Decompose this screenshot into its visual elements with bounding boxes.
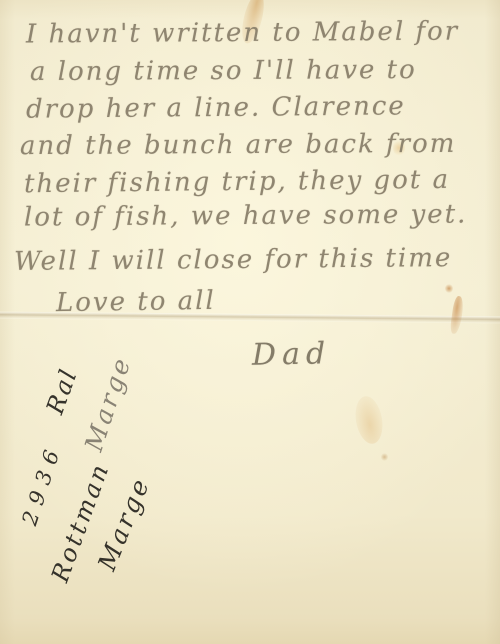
vertical-note-marge-pencil: Marge: [77, 347, 139, 461]
letter-line: a long time so I'll have to: [30, 55, 417, 87]
stain-right-streak: [449, 295, 464, 334]
vertical-note-ral: Ral: [39, 358, 86, 424]
letter-line: their fishing trip, they got a: [24, 165, 450, 199]
stain-right-dot: [445, 284, 453, 293]
signature: Dad: [252, 336, 332, 372]
letter-line: drop her a line. Clarence: [26, 91, 406, 124]
letter-line: lot of fish, we have some yet.: [24, 199, 468, 232]
letter-page: I havn't written to Mabel for a long tim…: [0, 0, 500, 644]
letter-line: and the bunch are back from: [20, 129, 457, 161]
vertical-note-2936: 2936: [15, 433, 69, 536]
letter-line: Well I will close for this time: [14, 243, 453, 277]
stain-small-dot: [381, 453, 388, 461]
letter-line: I havn't written to Mabel for: [26, 16, 459, 49]
stain-lower-blob: [352, 394, 386, 446]
letter-closing: Love to all: [56, 286, 216, 318]
